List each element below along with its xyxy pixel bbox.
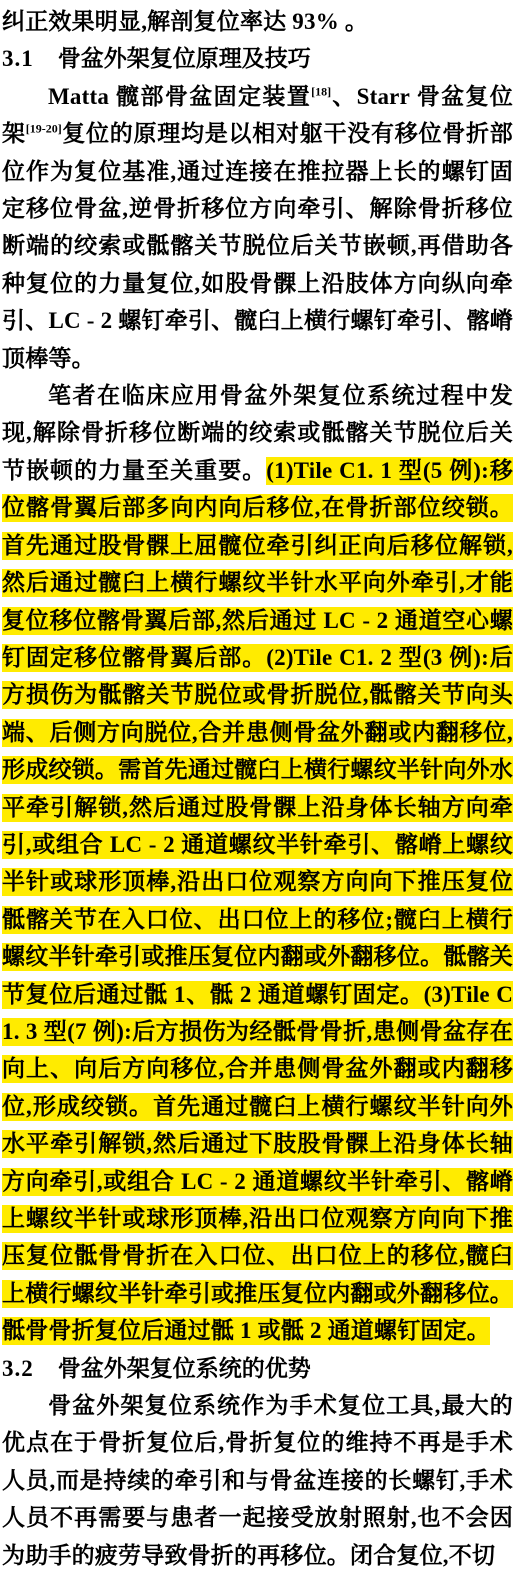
text-run: Matta 髋部骨盆固定装置 xyxy=(48,84,311,109)
section-heading: 3.2骨盆外架复位系统的优势 xyxy=(2,1350,513,1387)
paragraph: 纠正效果明显,解剖复位率达 93% 。 xyxy=(2,3,513,40)
section-number: 3.2 xyxy=(2,1350,34,1387)
paragraph: 骨盆外架复位系统作为手术复位工具,最大的优点在于骨折复位后,骨折复位的维持不再是… xyxy=(2,1387,513,1574)
citation-superscript: [19-20] xyxy=(26,122,62,136)
text-run: 复位的原理均是以相对躯干没有移位骨折部位作为复位基准,通过连接在推拉器上长的螺钉… xyxy=(2,121,513,370)
section-number: 3.1 xyxy=(2,40,34,77)
citation-superscript: [18] xyxy=(311,84,331,98)
paragraph: Matta 髋部骨盆固定装置[18]、Starr 骨盆复位架[19-20]复位的… xyxy=(2,78,513,377)
paragraph: 笔者在临床应用骨盆外架复位系统过程中发现,解除骨折移位断端的绞索或骶髂关节脱位后… xyxy=(2,377,513,1350)
text-run: 纠正效果明显,解剖复位率达 93% 。 xyxy=(2,9,368,34)
section-heading: 3.1骨盆外架复位原理及技巧 xyxy=(2,40,513,77)
highlighted-text: (1)Tile C1. 1 型(5 例):移位髂骨翼后部多向内向后移位,在骨折部… xyxy=(2,457,513,1345)
section-title: 骨盆外架复位系统的优势 xyxy=(58,1356,311,1381)
section-title: 骨盆外架复位原理及技巧 xyxy=(58,46,311,71)
text-run: 骨盆外架复位系统作为手术复位工具,最大的优点在于骨折复位后,骨折复位的维持不再是… xyxy=(2,1393,513,1568)
article-text-column: 纠正效果明显,解剖复位率达 93% 。3.1骨盆外架复位原理及技巧Matta 髋… xyxy=(2,3,513,1574)
journal-article-page: 纠正效果明显,解剖复位率达 93% 。3.1骨盆外架复位原理及技巧Matta 髋… xyxy=(0,0,515,1574)
